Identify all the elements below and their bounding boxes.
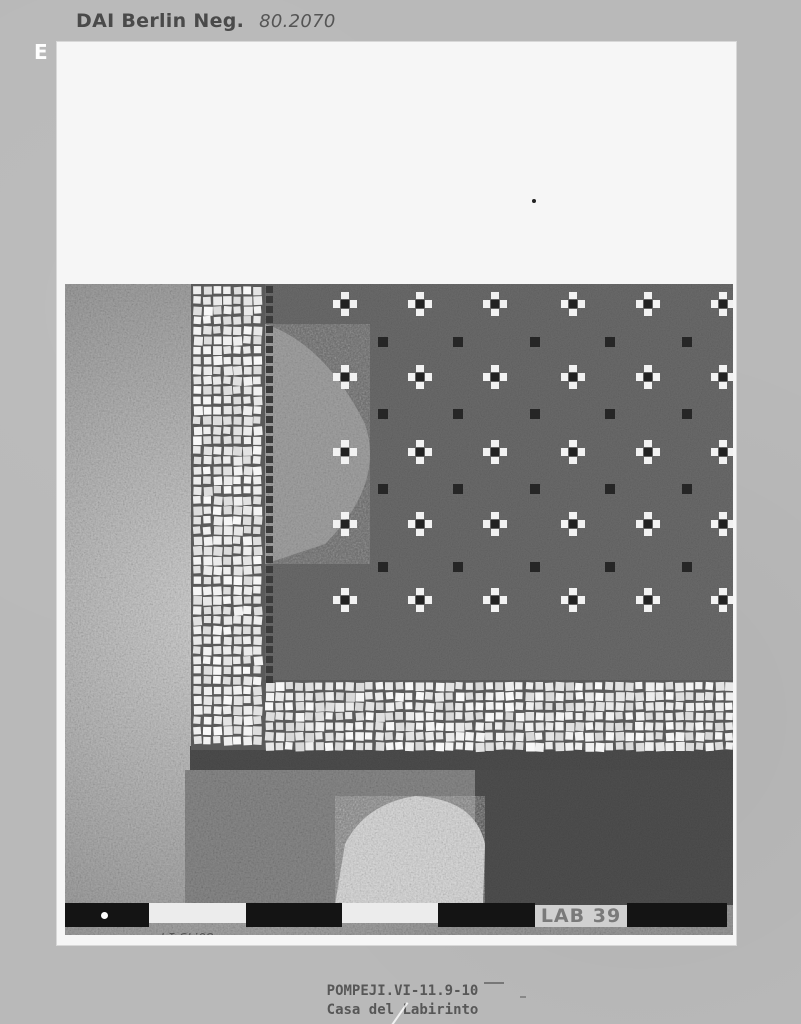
mosaic-image bbox=[65, 284, 733, 935]
negative-number: 80.2070 bbox=[259, 11, 336, 32]
archive-institution: DAI Berlin Neg. bbox=[76, 10, 244, 32]
pencil-mark bbox=[520, 996, 526, 998]
scale-bar: LAB 39 bbox=[65, 903, 733, 929]
archive-stamp: DAI Berlin Neg. 80.2070 bbox=[76, 10, 336, 32]
scale-segment bbox=[149, 903, 246, 923]
handwritten-note: 80.45 14 bbox=[160, 930, 213, 935]
scale-segment bbox=[627, 903, 727, 927]
pencil-mark bbox=[484, 982, 504, 984]
scale-segment bbox=[438, 903, 535, 927]
scale-marker-dot bbox=[101, 912, 108, 919]
mosaic-photograph: LAB 39 80.45 14 bbox=[65, 284, 733, 935]
scale-segment bbox=[342, 903, 438, 923]
dust-speck bbox=[532, 199, 536, 203]
scale-segment bbox=[246, 903, 342, 927]
lab-label: LAB 39 bbox=[535, 905, 627, 927]
caption-location: POMPEJI.VI-11.9-10 bbox=[0, 982, 801, 1001]
